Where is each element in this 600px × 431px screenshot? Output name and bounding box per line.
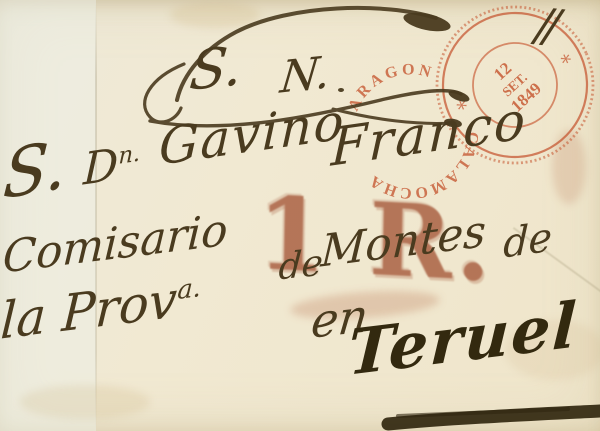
address-title: Dn. (82, 140, 140, 193)
address-office-word2: de (277, 245, 324, 286)
address-title-sup: n. (118, 140, 141, 169)
service-initial-s: S. (187, 39, 245, 99)
postal-cover-photo: 1 R. CALAMOCHA ARAGON * * 12 SET. 1849 (0, 0, 600, 431)
postmark-star-right: * (558, 49, 577, 75)
address-province-sup: a. (177, 273, 202, 306)
address-prefix: S. (1, 131, 69, 210)
service-initial-n: N. (278, 51, 332, 101)
address-office-word4: de (503, 217, 553, 264)
address-title-main: D (82, 139, 119, 196)
